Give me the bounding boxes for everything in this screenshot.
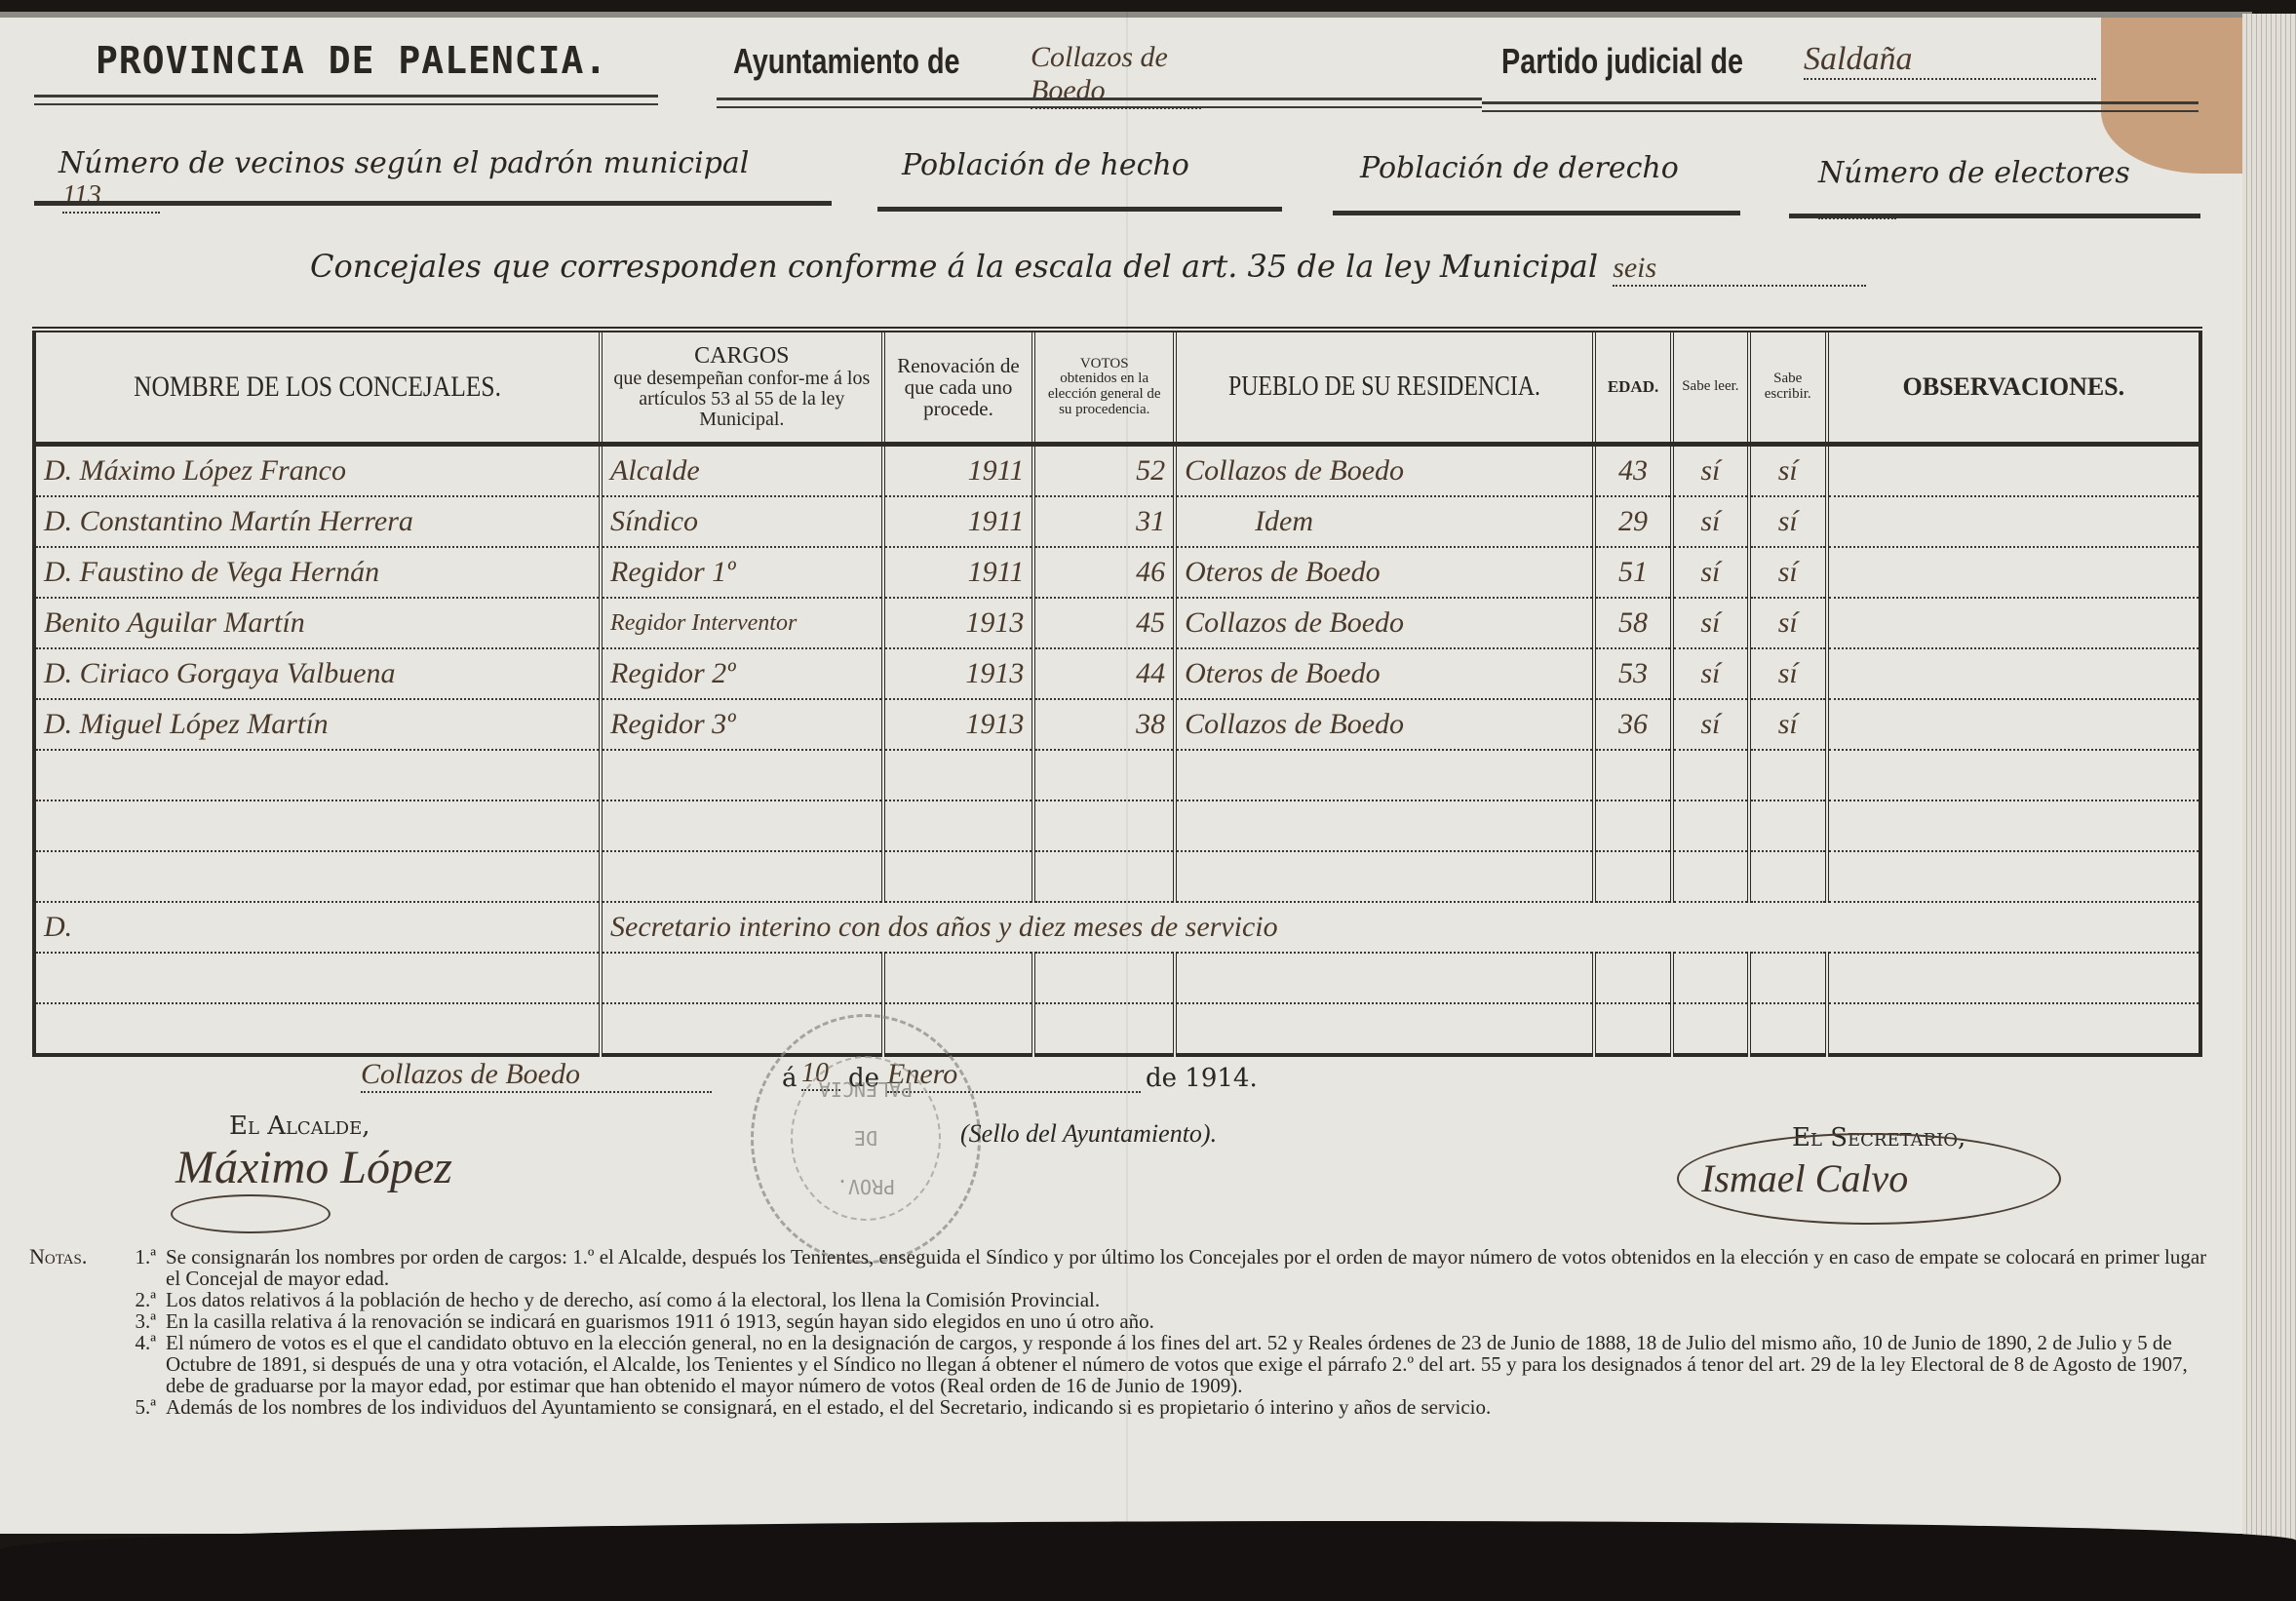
note-text: En la casilla relativa á la renovación s… bbox=[166, 1310, 2213, 1332]
cell-pueblo[interactable]: Collazos de Boedo bbox=[1175, 445, 1594, 497]
cell-renovacion[interactable]: 1913 bbox=[883, 699, 1034, 750]
cell-escribir[interactable] bbox=[1749, 851, 1827, 902]
cell-leer[interactable]: sí bbox=[1672, 648, 1749, 699]
cell-votos[interactable]: 46 bbox=[1033, 547, 1175, 598]
table-row: D. Constantino Martín Herrera Síndico 19… bbox=[34, 496, 2200, 547]
cell-nombre[interactable]: D. Máximo López Franco bbox=[34, 445, 601, 497]
cell-cargo[interactable]: Síndico bbox=[601, 496, 883, 547]
cell-escribir[interactable] bbox=[1749, 800, 1827, 851]
cell-leer[interactable] bbox=[1672, 750, 1749, 800]
cell-escribir[interactable]: sí bbox=[1749, 445, 1827, 497]
cell-nombre[interactable] bbox=[34, 953, 601, 1003]
table-row bbox=[34, 851, 2200, 902]
note-item: 5.ªAdemás de los nombres de los individu… bbox=[29, 1396, 2213, 1418]
note-item: 1.ªSe consignarán los nombres por orden … bbox=[29, 1246, 2213, 1289]
cell-votos[interactable]: 52 bbox=[1033, 445, 1175, 497]
vecinos-underline bbox=[34, 201, 832, 206]
cell-edad[interactable] bbox=[1594, 1003, 1672, 1055]
cell-votos[interactable] bbox=[1033, 750, 1175, 800]
note-text: Los datos relativos á la población de he… bbox=[166, 1289, 2213, 1310]
cell-escribir[interactable] bbox=[1749, 1003, 1827, 1055]
ayuntamiento-label: Ayuntamiento de bbox=[733, 41, 960, 82]
note-item: 2.ªLos datos relativos á la población de… bbox=[29, 1289, 2213, 1310]
cell-renovacion[interactable] bbox=[883, 851, 1034, 902]
header-votos-sub: obtenidos en la elección general de su p… bbox=[1039, 371, 1169, 417]
cell-nombre[interactable] bbox=[34, 1003, 601, 1055]
cell-renovacion[interactable]: 1911 bbox=[883, 496, 1034, 547]
table-row: D. Miguel López Martín Regidor 3º 1913 3… bbox=[34, 699, 2200, 750]
municipal-seal: PALENCIA DE PROV. bbox=[751, 1014, 981, 1264]
cell-escribir[interactable]: sí bbox=[1749, 699, 1827, 750]
cell-escribir[interactable]: sí bbox=[1749, 496, 1827, 547]
cell-escribir[interactable]: sí bbox=[1749, 648, 1827, 699]
cell-pueblo[interactable]: Oteros de Boedo bbox=[1175, 648, 1594, 699]
cell-observaciones[interactable] bbox=[1827, 648, 2200, 699]
cell-votos[interactable] bbox=[1033, 851, 1175, 902]
header-renovacion: Renovación de que cada uno procede. bbox=[883, 330, 1034, 445]
cell-nombre[interactable] bbox=[34, 800, 601, 851]
cell-observaciones[interactable] bbox=[1827, 496, 2200, 547]
notes-label: Notas. bbox=[29, 1246, 87, 1268]
cell-nombre[interactable]: D. Faustino de Vega Hernán bbox=[34, 547, 601, 598]
header-sabe-leer: Sabe leer. bbox=[1672, 330, 1749, 445]
cell-cargo[interactable]: Regidor 2º bbox=[601, 648, 883, 699]
cell-pueblo[interactable]: Oteros de Boedo bbox=[1175, 547, 1594, 598]
cell-leer[interactable] bbox=[1672, 800, 1749, 851]
concejales-table: NOMBRE DE LOS CONCEJALES. CARGOS que des… bbox=[32, 327, 2202, 1057]
vecinos-label: Número de vecinos según el padrón munici… bbox=[58, 146, 749, 180]
partido-underline bbox=[1482, 101, 2199, 112]
cell-observaciones[interactable] bbox=[1827, 851, 2200, 902]
cell-cargo[interactable] bbox=[601, 800, 883, 851]
cell-escribir[interactable]: sí bbox=[1749, 598, 1827, 648]
scan-shadow bbox=[0, 1521, 2296, 1601]
seal-caption: (Sello del Ayuntamiento). bbox=[960, 1119, 1217, 1149]
header-cargos: CARGOS que desempeñan confor-me á los ar… bbox=[601, 330, 883, 445]
poblacion-derecho-field: Población de derecho bbox=[1360, 151, 1731, 198]
cell-observaciones[interactable] bbox=[1827, 699, 2200, 750]
notes-section: Notas. 1.ªSe consignarán los nombres por… bbox=[29, 1246, 2213, 1418]
cell-leer[interactable]: sí bbox=[1672, 598, 1749, 648]
table-row bbox=[34, 953, 2200, 1003]
cell-cargo[interactable]: Alcalde bbox=[601, 445, 883, 497]
table-row: D. Ciriaco Gorgaya Valbuena Regidor 2º 1… bbox=[34, 648, 2200, 699]
cell-pueblo[interactable]: Collazos de Boedo bbox=[1175, 699, 1594, 750]
cell-nombre[interactable]: Benito Aguilar Martín bbox=[34, 598, 601, 648]
cell-edad[interactable] bbox=[1594, 800, 1672, 851]
cell-escribir[interactable] bbox=[1749, 953, 1827, 1003]
cell-leer[interactable] bbox=[1672, 953, 1749, 1003]
cell-edad[interactable]: 58 bbox=[1594, 598, 1672, 648]
cell-nombre[interactable]: D. bbox=[34, 902, 601, 953]
table-row bbox=[34, 1003, 2200, 1055]
table-row bbox=[34, 800, 2200, 851]
cell-observaciones[interactable] bbox=[1827, 750, 2200, 800]
cell-edad[interactable]: 36 bbox=[1594, 699, 1672, 750]
note-text: Se consignarán los nombres por orden de … bbox=[166, 1246, 2213, 1289]
partido-label: Partido judicial de bbox=[1501, 41, 1743, 82]
table-header-row: NOMBRE DE LOS CONCEJALES. CARGOS que des… bbox=[34, 330, 2200, 445]
ayuntamiento-field: Ayuntamiento de Collazos de Boedo bbox=[733, 41, 1484, 90]
poblacion-hecho-field: Población de hecho bbox=[902, 148, 1272, 195]
cell-leer[interactable]: sí bbox=[1672, 496, 1749, 547]
electores-label: Número de electores bbox=[1818, 156, 2130, 190]
cell-pueblo[interactable] bbox=[1175, 953, 1594, 1003]
cell-secretario-note[interactable]: Secretario interino con dos años y diez … bbox=[601, 902, 2200, 953]
poblacion-derecho-label: Población de derecho bbox=[1360, 151, 1679, 185]
cell-observaciones[interactable] bbox=[1827, 953, 2200, 1003]
cell-renovacion[interactable]: 1911 bbox=[883, 547, 1034, 598]
cell-cargo[interactable]: Regidor 3º bbox=[601, 699, 883, 750]
cell-pueblo[interactable]: Idem bbox=[1175, 496, 1594, 547]
header-nombre: NOMBRE DE LOS CONCEJALES. bbox=[77, 330, 559, 445]
date-place[interactable]: Collazos de Boedo bbox=[361, 1058, 712, 1093]
poblacion-derecho-underline bbox=[1333, 211, 1740, 215]
cell-pueblo[interactable] bbox=[1175, 1003, 1594, 1055]
cell-edad[interactable]: 29 bbox=[1594, 496, 1672, 547]
cell-edad[interactable]: 51 bbox=[1594, 547, 1672, 598]
vecinos-field: Número de vecinos según el padrón munici… bbox=[58, 146, 819, 193]
seal-line-3: PROV. bbox=[754, 1175, 978, 1198]
cell-renovacion[interactable]: 1911 bbox=[883, 445, 1034, 497]
cell-edad[interactable] bbox=[1594, 851, 1672, 902]
header-sabe-escribir: Sabe escribir. bbox=[1749, 330, 1827, 445]
cell-edad[interactable]: 53 bbox=[1594, 648, 1672, 699]
poblacion-hecho-label: Población de hecho bbox=[902, 148, 1189, 182]
cell-cargo[interactable]: Regidor Interventor bbox=[601, 598, 883, 648]
cell-cargo[interactable] bbox=[601, 750, 883, 800]
alcalde-label: El Alcalde, bbox=[229, 1112, 370, 1141]
province-underline bbox=[34, 95, 658, 105]
cell-cargo[interactable] bbox=[601, 953, 883, 1003]
cell-renovacion[interactable]: 1913 bbox=[883, 598, 1034, 648]
cell-votos[interactable] bbox=[1033, 953, 1175, 1003]
cell-votos[interactable]: 31 bbox=[1033, 496, 1175, 547]
header-observaciones: OBSERVACIONES. bbox=[1827, 330, 2200, 445]
cell-nombre[interactable] bbox=[34, 750, 601, 800]
partido-value[interactable]: Saldaña bbox=[1804, 41, 2096, 80]
table-row bbox=[34, 750, 2200, 800]
cell-observaciones[interactable] bbox=[1827, 598, 2200, 648]
note-item: 4.ªEl número de votos es el que el candi… bbox=[29, 1332, 2213, 1396]
book-page-edges bbox=[2242, 14, 2296, 1574]
cell-edad[interactable] bbox=[1594, 953, 1672, 1003]
cell-observaciones[interactable] bbox=[1827, 1003, 2200, 1055]
note-text: Además de los nombres de los individuos … bbox=[166, 1396, 2213, 1418]
table-row: D. Máximo López Franco Alcalde 1911 52 C… bbox=[34, 445, 2200, 497]
note-number: 3.ª bbox=[29, 1310, 166, 1332]
cell-leer[interactable]: sí bbox=[1672, 547, 1749, 598]
cell-nombre[interactable]: D. Miguel López Martín bbox=[34, 699, 601, 750]
cell-leer[interactable] bbox=[1672, 1003, 1749, 1055]
partido-field: Partido judicial de Saldaña bbox=[1501, 41, 2125, 90]
cell-votos[interactable]: 44 bbox=[1033, 648, 1175, 699]
cell-pueblo[interactable]: Collazos de Boedo bbox=[1175, 598, 1594, 648]
seal-line-2: DE bbox=[754, 1126, 978, 1150]
note-number: 4.ª bbox=[29, 1332, 166, 1396]
cell-votos[interactable] bbox=[1033, 1003, 1175, 1055]
note-number: 5.ª bbox=[29, 1396, 166, 1418]
cell-escribir[interactable]: sí bbox=[1749, 547, 1827, 598]
cell-observaciones[interactable] bbox=[1827, 445, 2200, 497]
note-number: 2.ª bbox=[29, 1289, 166, 1310]
cell-edad[interactable] bbox=[1594, 750, 1672, 800]
concejales-field: Concejales que corresponden conforme á l… bbox=[310, 248, 1870, 296]
cell-escribir[interactable] bbox=[1749, 750, 1827, 800]
vecinos-value[interactable]: 113 bbox=[62, 180, 160, 214]
cell-pueblo[interactable] bbox=[1175, 800, 1594, 851]
note-item: 3.ªEn la casilla relativa á la renovació… bbox=[29, 1310, 2213, 1332]
ayuntamiento-underline bbox=[717, 98, 1482, 108]
cell-cargo[interactable] bbox=[601, 851, 883, 902]
cell-observaciones[interactable] bbox=[1827, 800, 2200, 851]
seal-line-1: PALENCIA bbox=[754, 1077, 978, 1101]
alcalde-signature: Máximo López bbox=[175, 1141, 452, 1194]
header-cargos-title: CARGOS bbox=[606, 344, 877, 369]
secretario-signature: Ismael Calvo bbox=[1701, 1155, 1908, 1201]
cell-renovacion[interactable] bbox=[883, 750, 1034, 800]
cell-votos[interactable] bbox=[1033, 800, 1175, 851]
electores-underline bbox=[1789, 214, 2200, 218]
header-edad: EDAD. bbox=[1594, 330, 1672, 445]
cell-observaciones[interactable] bbox=[1827, 547, 2200, 598]
electores-field: Número de electores bbox=[1818, 156, 2208, 203]
concejales-value[interactable]: seis bbox=[1613, 252, 1866, 287]
cell-nombre[interactable] bbox=[34, 851, 601, 902]
table-row: D. Faustino de Vega Hernán Regidor 1º 19… bbox=[34, 547, 2200, 598]
alcalde-flourish-icon bbox=[171, 1194, 331, 1233]
date-year: de 1914. bbox=[1146, 1064, 1258, 1093]
cell-votos[interactable]: 45 bbox=[1033, 598, 1175, 648]
note-text: El número de votos es el que el candidat… bbox=[166, 1332, 2213, 1396]
cell-renovacion[interactable] bbox=[883, 953, 1034, 1003]
cell-renovacion[interactable]: 1913 bbox=[883, 648, 1034, 699]
header-cargos-sub: que desempeñan confor-me á los artículos… bbox=[606, 369, 877, 430]
cell-nombre[interactable]: D. Constantino Martín Herrera bbox=[34, 496, 601, 547]
header-votos: VOTOS obtenidos en la elección general d… bbox=[1033, 330, 1175, 445]
cell-nombre[interactable]: D. Ciriaco Gorgaya Valbuena bbox=[34, 648, 601, 699]
cell-leer[interactable]: sí bbox=[1672, 445, 1749, 497]
cell-pueblo[interactable] bbox=[1175, 750, 1594, 800]
table-row: Benito Aguilar Martín Regidor Intervento… bbox=[34, 598, 2200, 648]
cell-edad[interactable]: 43 bbox=[1594, 445, 1672, 497]
cell-cargo[interactable]: Regidor 1º bbox=[601, 547, 883, 598]
cell-votos[interactable]: 38 bbox=[1033, 699, 1175, 750]
cell-leer[interactable]: sí bbox=[1672, 699, 1749, 750]
header-pueblo: PUEBLO DE SU RESIDENCIA. bbox=[1206, 330, 1563, 445]
concejales-label: Concejales que corresponden conforme á l… bbox=[310, 248, 1598, 285]
cell-renovacion[interactable] bbox=[883, 800, 1034, 851]
poblacion-hecho-underline bbox=[877, 207, 1282, 212]
header-votos-title: VOTOS bbox=[1039, 357, 1169, 372]
table-row-secretario: D. Secretario interino con dos años y di… bbox=[34, 902, 2200, 953]
province-title: PROVINCIA DE PALENCIA. bbox=[96, 39, 607, 82]
cell-pueblo[interactable] bbox=[1175, 851, 1594, 902]
cell-leer[interactable] bbox=[1672, 851, 1749, 902]
